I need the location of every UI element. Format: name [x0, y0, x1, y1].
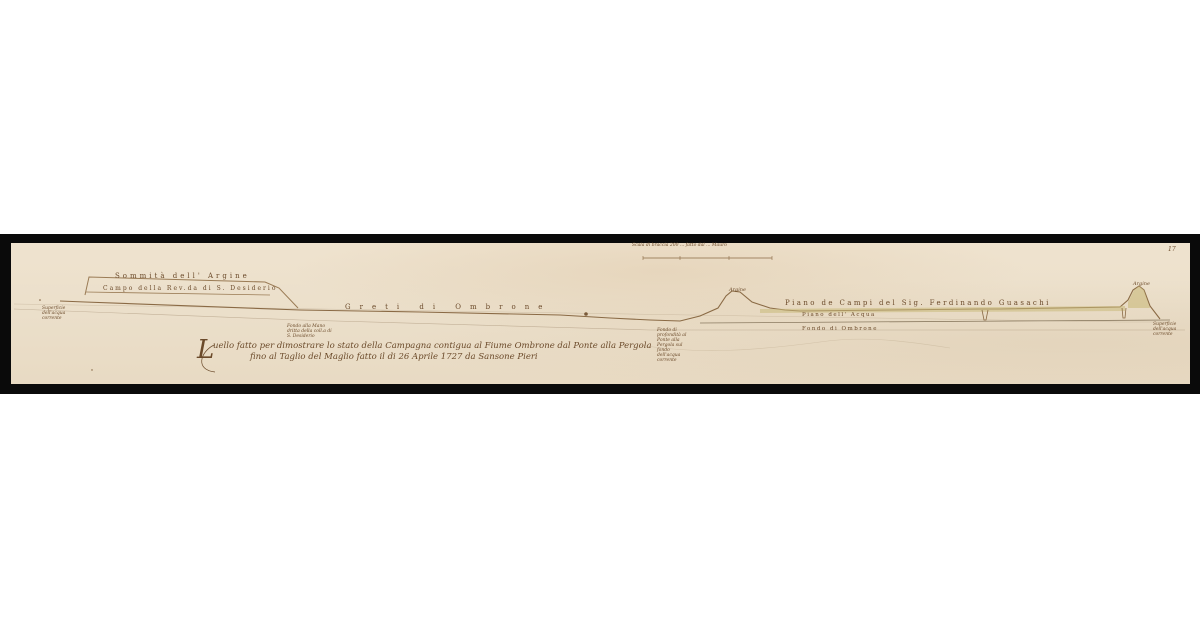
label-greti: Greti di Ombrone — [345, 303, 551, 311]
scale-caption: Scala di braccia 200 ... fatto dal ... M… — [632, 243, 727, 248]
note-left: Superficie dell'acqua corrente — [42, 306, 82, 321]
label-argine-mid: Argine — [729, 287, 746, 293]
title-initial: L — [197, 335, 214, 365]
label-campo: Campo della Rev.da di S. Desiderio — [103, 285, 277, 292]
note-mid-left: Fondo alla Mano dritta della coll.a di S… — [287, 324, 337, 339]
note-right: Superficie dell'acqua corrente — [1153, 322, 1187, 337]
label-fondo: Fondo di Ombrone — [802, 326, 878, 332]
title-line-1: uello fatto per dimostrare lo stato dell… — [213, 341, 652, 352]
label-argine-right: Argine — [1133, 281, 1150, 287]
page-number: 17 — [1168, 246, 1176, 253]
profile-drawing — [0, 0, 1200, 628]
title-line-2: fino al Taglio del Maglio fatto il di 26… — [250, 352, 538, 363]
note-center: Fondo di profondità al Ponte alla Pergol… — [657, 328, 689, 363]
label-piano-campi: Piano de Campi del Sig. Ferdinando Guasa… — [785, 299, 1051, 307]
label-piano-acqua: Piano dell' Acqua — [802, 312, 876, 318]
label-sommita-argine: Sommità dell' Argine — [115, 272, 250, 280]
